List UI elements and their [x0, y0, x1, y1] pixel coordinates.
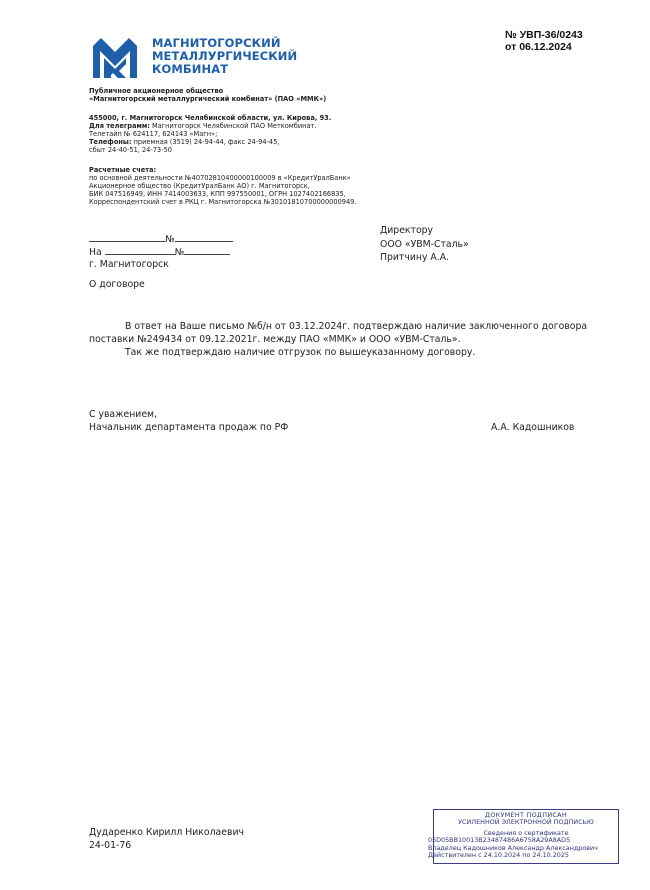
no-sign: №: [175, 247, 185, 258]
city: г. Магнитогорск: [89, 258, 233, 271]
letter-body: В ответ на Ваше письмо №б/н от 03.12.202…: [89, 320, 601, 359]
reply-number-line: [184, 245, 230, 255]
stamp-validity: Действителен с 24.10.2024 по 24.10.2025: [428, 852, 618, 859]
company-name: Публичное акционерное общество «Магнитог…: [89, 87, 326, 103]
account-line: по основной деятельности №40702810400000…: [89, 174, 356, 182]
account-line: Корреспондентский счет в РКЦ г. Магнитог…: [89, 198, 356, 206]
executor-phone: 24-01-76: [89, 839, 244, 852]
document-number-block: № УВП-36/0243 от 06.12.2024: [505, 29, 583, 53]
telegram-value: Магнитогорск Челябинской ПАО Меткомбинат…: [150, 122, 317, 130]
accounts-title: Расчетные счета:: [89, 166, 156, 174]
no-sign: №: [165, 234, 175, 245]
executor-name: Дударенко Кирилл Николаевич: [89, 826, 244, 839]
signer-name: А.А. Кадошников: [491, 421, 574, 434]
phones-label: Телефоны:: [89, 138, 132, 146]
addressee: Директору ООО «УВМ-Сталь» Притчину А.А.: [380, 224, 469, 265]
outgoing-number-line: [175, 232, 233, 242]
postal-address: 455000, г. Магнитогорск Челябинской обла…: [89, 114, 331, 122]
signature-block: С уважением, Начальник департамента прод…: [89, 408, 288, 434]
document-date: от 06.12.2024: [505, 41, 583, 53]
signer-position: Начальник департамента продаж по РФ: [89, 421, 288, 434]
body-paragraph-2: Так же подтверждаю наличие отгрузок по в…: [89, 346, 601, 359]
letter-subject: О договоре: [89, 278, 145, 291]
phones-value: приемная (3519) 24-94-44, факс 24-94-45,: [132, 138, 280, 146]
bank-accounts: Расчетные счета: по основной деятельност…: [89, 166, 356, 206]
company-line-1: Публичное акционерное общество: [89, 87, 326, 95]
brand-line-3: КОМБИНАТ: [152, 63, 297, 76]
mmk-logo-icon: [93, 38, 137, 78]
e-signature-stamp: ДОКУМЕНТ ПОДПИСАН УСИЛЕННОЙ ЭЛЕКТРОННОЙ …: [433, 809, 619, 864]
account-line: БИК 047516949, ИНН 7414003633, КПП 99755…: [89, 190, 356, 198]
telegram-label: Для телеграмм:: [89, 122, 150, 130]
addressee-line: Притчину А.А.: [380, 251, 469, 265]
addressee-line: ООО «УВМ-Сталь»: [380, 238, 469, 252]
stamp-line-2: УСИЛЕННОЙ ЭЛЕКТРОННОЙ ПОДПИСЬЮ: [434, 819, 618, 826]
phones-sales: сбыт 24-40-51, 24-73-50: [89, 146, 331, 154]
account-line: Акционерное общество (КредитУралБанк АО)…: [89, 182, 356, 190]
brand-name: МАГНИТОГОРСКИЙ МЕТАЛЛУРГИЧЕСКИЙ КОМБИНАТ: [152, 37, 297, 76]
regards: С уважением,: [89, 408, 288, 421]
addressee-line: Директору: [380, 224, 469, 238]
reply-to-label: На: [89, 247, 102, 258]
executor: Дударенко Кирилл Николаевич 24-01-76: [89, 826, 244, 852]
body-paragraph-1: В ответ на Ваше письмо №б/н от 03.12.202…: [89, 320, 601, 346]
company-line-2: «Магнитогорский металлургический комбина…: [89, 95, 326, 103]
teletype: Телетайп № 624117, 624143 «Магн»;: [89, 130, 331, 138]
document-number: № УВП-36/0243: [505, 29, 583, 41]
registration-block: № На № г. Магнитогорск: [89, 232, 233, 271]
company-address: 455000, г. Магнитогорск Челябинской обла…: [89, 114, 331, 154]
outgoing-date-line: [89, 232, 165, 242]
reply-date-line: [105, 245, 175, 255]
